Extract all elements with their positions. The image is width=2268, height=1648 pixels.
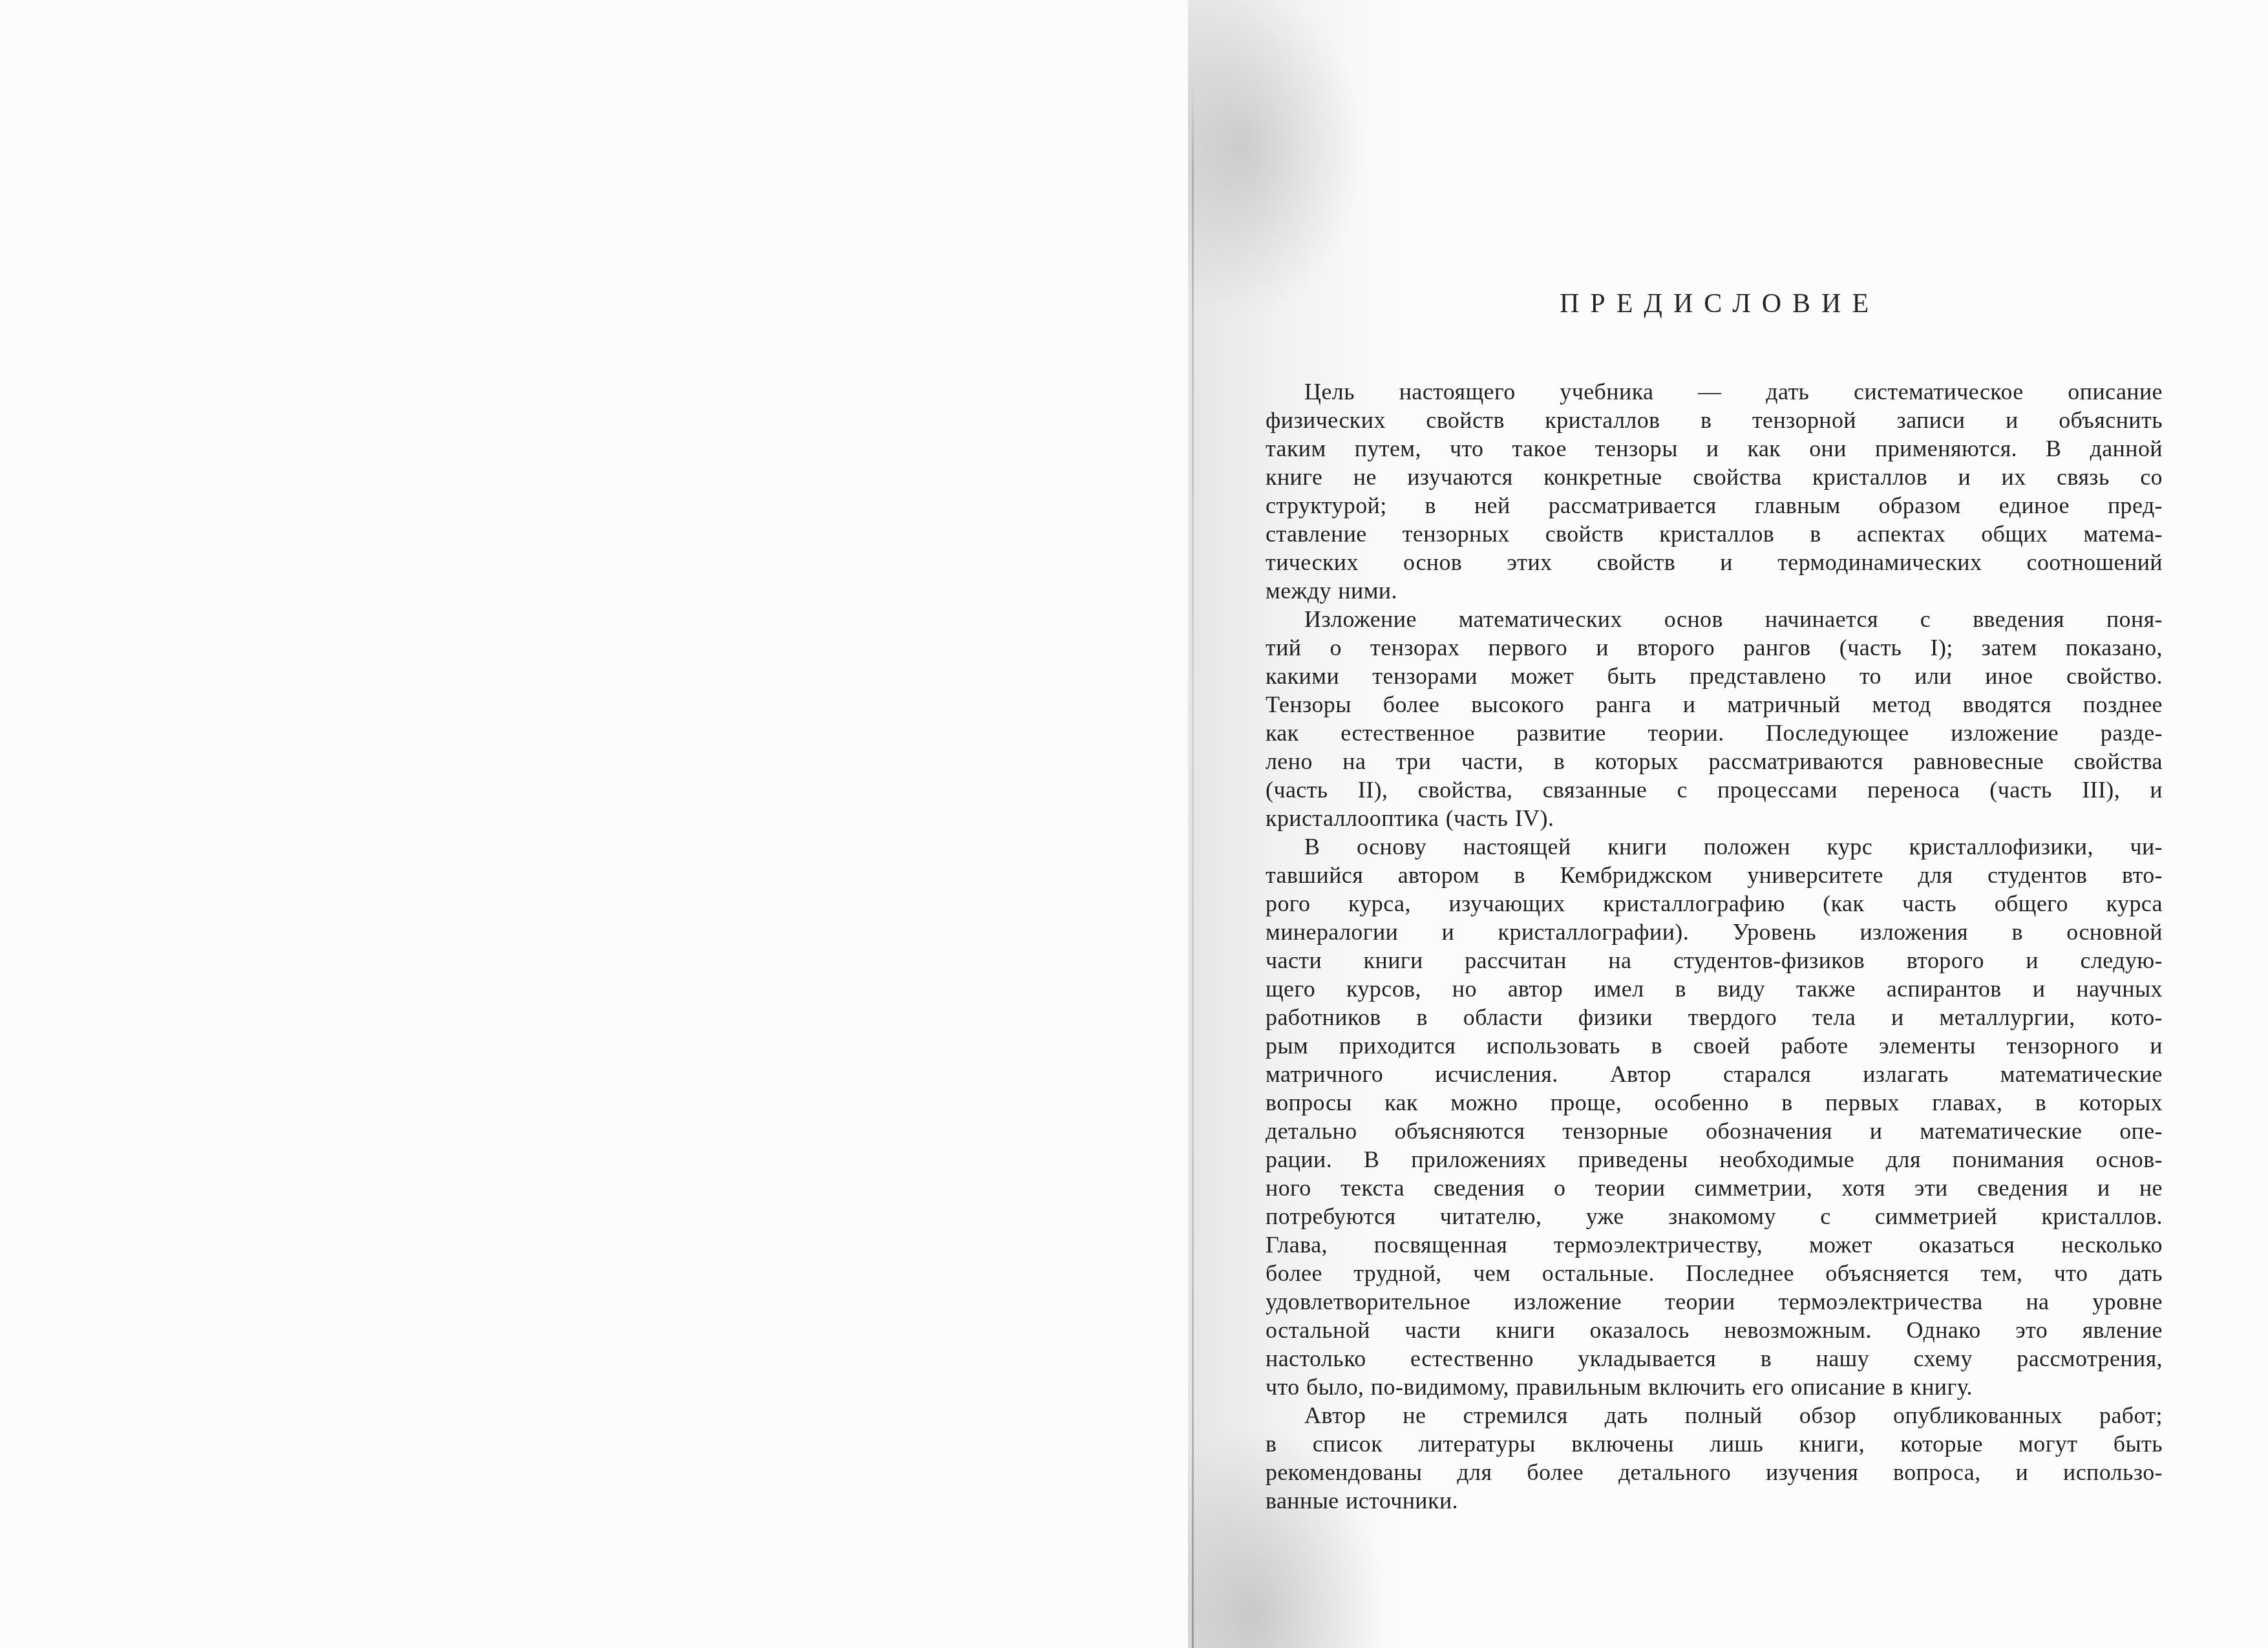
text-line: тавшийся автором в Кембриджском универси… [1266, 861, 2163, 889]
text-line: какими тензорами может быть представлено… [1266, 662, 2163, 690]
text-line: рекомендованы для более детального изуче… [1266, 1458, 2163, 1486]
text-line: в список литературы включены лишь книги,… [1266, 1430, 2163, 1458]
text-line: В основу настоящей книги положен курс кр… [1266, 832, 2163, 861]
text-line: удовлетворительное изложение теории терм… [1266, 1287, 2163, 1316]
text-line: Изложение математических основ начинаетс… [1266, 605, 2163, 633]
text-line: лено на три части, в которых рассматрива… [1266, 747, 2163, 776]
text-line: структурой; в ней рассматривается главны… [1266, 491, 2163, 520]
text-line: ванные источники. [1266, 1486, 2163, 1515]
text-line: тий о тензорах первого и второго рангов … [1266, 633, 2163, 662]
text-line: как естественное развитие теории. Послед… [1266, 719, 2163, 747]
paper-speckles [0, 0, 1, 1]
text-line: части книги рассчитан на студентов-физик… [1266, 946, 2163, 975]
text-line: что было, по-видимому, правильным включи… [1266, 1373, 2163, 1401]
text-line: детально объясняются тензорные обозначен… [1266, 1117, 2163, 1145]
text-line: Тензоры более высокого ранга и матричный… [1266, 690, 2163, 719]
text-line: остальной части книги оказалось невозмож… [1266, 1316, 2163, 1344]
text-line: потребуются читателю, уже знакомому с си… [1266, 1202, 2163, 1231]
preface-text: Цель настоящего учебника — дать системат… [1266, 377, 2163, 1515]
text-line: минералогии и кристаллографии). Уровень … [1266, 918, 2163, 946]
text-line: книге не изучаются конкретные свойства к… [1266, 463, 2163, 491]
text-line: ставление тензорных свойств кристаллов в… [1266, 520, 2163, 548]
book-scan-spread: ПРЕДИСЛОВИЕ Цель настоящего учебника — д… [0, 0, 2268, 1648]
text-line: тических основ этих свойств и термодинам… [1266, 548, 2163, 576]
text-line: таким путем, что такое тензоры и как они… [1266, 434, 2163, 463]
right-page: ПРЕДИСЛОВИЕ Цель настоящего учебника — д… [1266, 0, 2163, 1648]
text-line: физических свойств кристаллов в тензорно… [1266, 406, 2163, 434]
text-line: рым приходится использовать в своей рабо… [1266, 1031, 2163, 1060]
text-line: Цель настоящего учебника — дать системат… [1266, 377, 2163, 406]
page-title: ПРЕДИСЛОВИЕ [1266, 290, 2163, 318]
text-line: матричного исчисления. Автор старался из… [1266, 1060, 2163, 1088]
text-line: рого курса, изучающих кристаллографию (к… [1266, 889, 2163, 918]
text-line: настолько естественно укладывается в наш… [1266, 1344, 2163, 1373]
text-line: (часть II), свойства, связанные с процес… [1266, 776, 2163, 804]
text-line: более трудной, чем остальные. Последнее … [1266, 1259, 2163, 1287]
text-line: вопросы как можно проще, особенно в перв… [1266, 1088, 2163, 1117]
binding-crease-line [1192, 84, 1194, 1648]
text-line: работников в области физики твердого тел… [1266, 1003, 2163, 1031]
text-line: рации. В приложениях приведены необходим… [1266, 1145, 2163, 1174]
text-line: ного текста сведения о теории симметрии,… [1266, 1174, 2163, 1202]
text-line: кристаллооптика (часть IV). [1266, 804, 2163, 832]
text-line: Глава, посвященная термоэлектричеству, м… [1266, 1231, 2163, 1259]
text-line: Автор не стремился дать полный обзор опу… [1266, 1401, 2163, 1430]
text-line: щего курсов, но автор имел в виду также … [1266, 975, 2163, 1003]
text-line: между ними. [1266, 576, 2163, 605]
